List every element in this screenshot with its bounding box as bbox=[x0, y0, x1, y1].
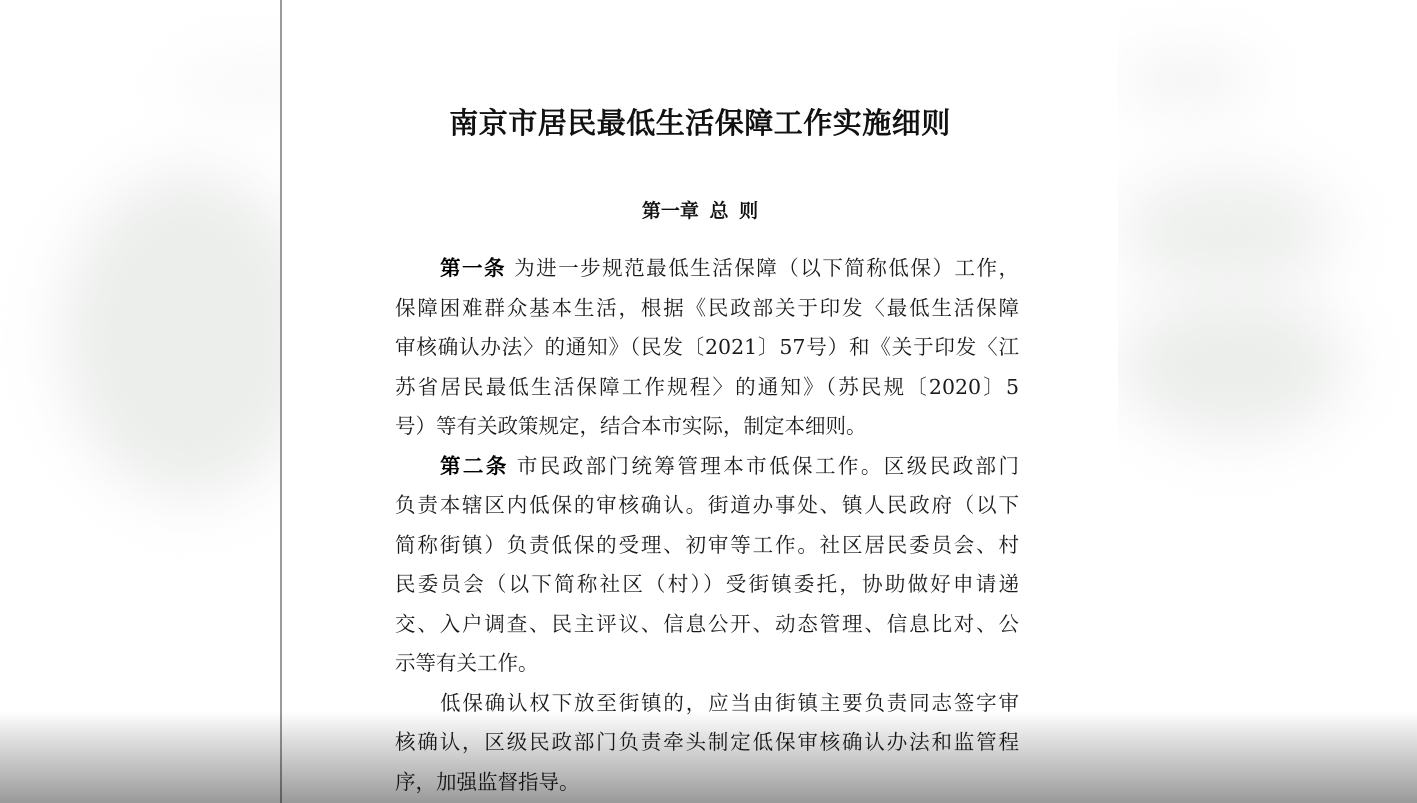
article-2-line-2: 负责本辖区内低保的审核确认。街道办事处、镇人民政府（以下 bbox=[395, 486, 1019, 526]
article-1-line-2: 保障困难群众基本生活，根据《民政部关于印发〈最低生活保障 bbox=[395, 289, 1019, 329]
article-2-line-3: 简称街镇）负责低保的受理、初审等工作。社区居民委员会、村 bbox=[395, 526, 1019, 566]
article-text: 为进一步规范最低生活保障（以下简称低保）工作， bbox=[514, 256, 1019, 280]
background-blur bbox=[1118, 170, 1338, 290]
article-1-line-1: 第一条为进一步规范最低生活保障（以下简称低保）工作， bbox=[395, 249, 1019, 289]
article-2-line-6: 示等有关工作。 bbox=[395, 644, 1019, 684]
paragraph-line-3: 序，加强监督指导。 bbox=[395, 763, 1019, 803]
background-blur bbox=[1118, 60, 1258, 100]
document-page: 南京市居民最低生活保障工作实施细则 第一章 总 则 第一条为进一步规范最低生活保… bbox=[282, 0, 1118, 803]
background-blur bbox=[1118, 290, 1348, 440]
article-text: 市民政部门统筹管理本市低保工作。区级民政部门 bbox=[517, 454, 1019, 478]
article-2-line-5: 交、入户调查、民主评议、信息公开、动态管理、信息比对、公 bbox=[395, 605, 1019, 645]
document-viewer: 南京市居民最低生活保障工作实施细则 第一章 总 则 第一条为进一步规范最低生活保… bbox=[0, 0, 1417, 803]
article-1-line-4: 苏省居民最低生活保障工作规程〉的通知》（苏民规〔2020〕5 bbox=[395, 368, 1019, 408]
article-1-line-3: 审核确认办法〉的通知》（民发〔2021〕57号）和《关于印发〈江 bbox=[395, 328, 1019, 368]
article-label: 第二条 bbox=[440, 454, 509, 478]
article-label: 第一条 bbox=[440, 256, 506, 280]
document-body: 第一条为进一步规范最低生活保障（以下简称低保）工作， 保障困难群众基本生活，根据… bbox=[395, 249, 1019, 802]
article-2-line-1: 第二条市民政部门统筹管理本市低保工作。区级民政部门 bbox=[395, 447, 1019, 487]
paragraph-line-1: 低保确认权下放至街镇的，应当由街镇主要负责同志签字审 bbox=[395, 684, 1019, 724]
article-1-line-5: 号）等有关政策规定，结合本市实际，制定本细则。 bbox=[395, 407, 1019, 447]
article-2-line-4: 民委员会（以下简称社区（村））受街镇委托，协助做好申请递 bbox=[395, 565, 1019, 605]
chapter-heading: 第一章 总 则 bbox=[282, 196, 1118, 226]
paragraph-line-2: 核确认，区级民政部门负责牵头制定低保审核确认办法和监管程 bbox=[395, 723, 1019, 763]
document-title: 南京市居民最低生活保障工作实施细则 bbox=[282, 103, 1118, 143]
